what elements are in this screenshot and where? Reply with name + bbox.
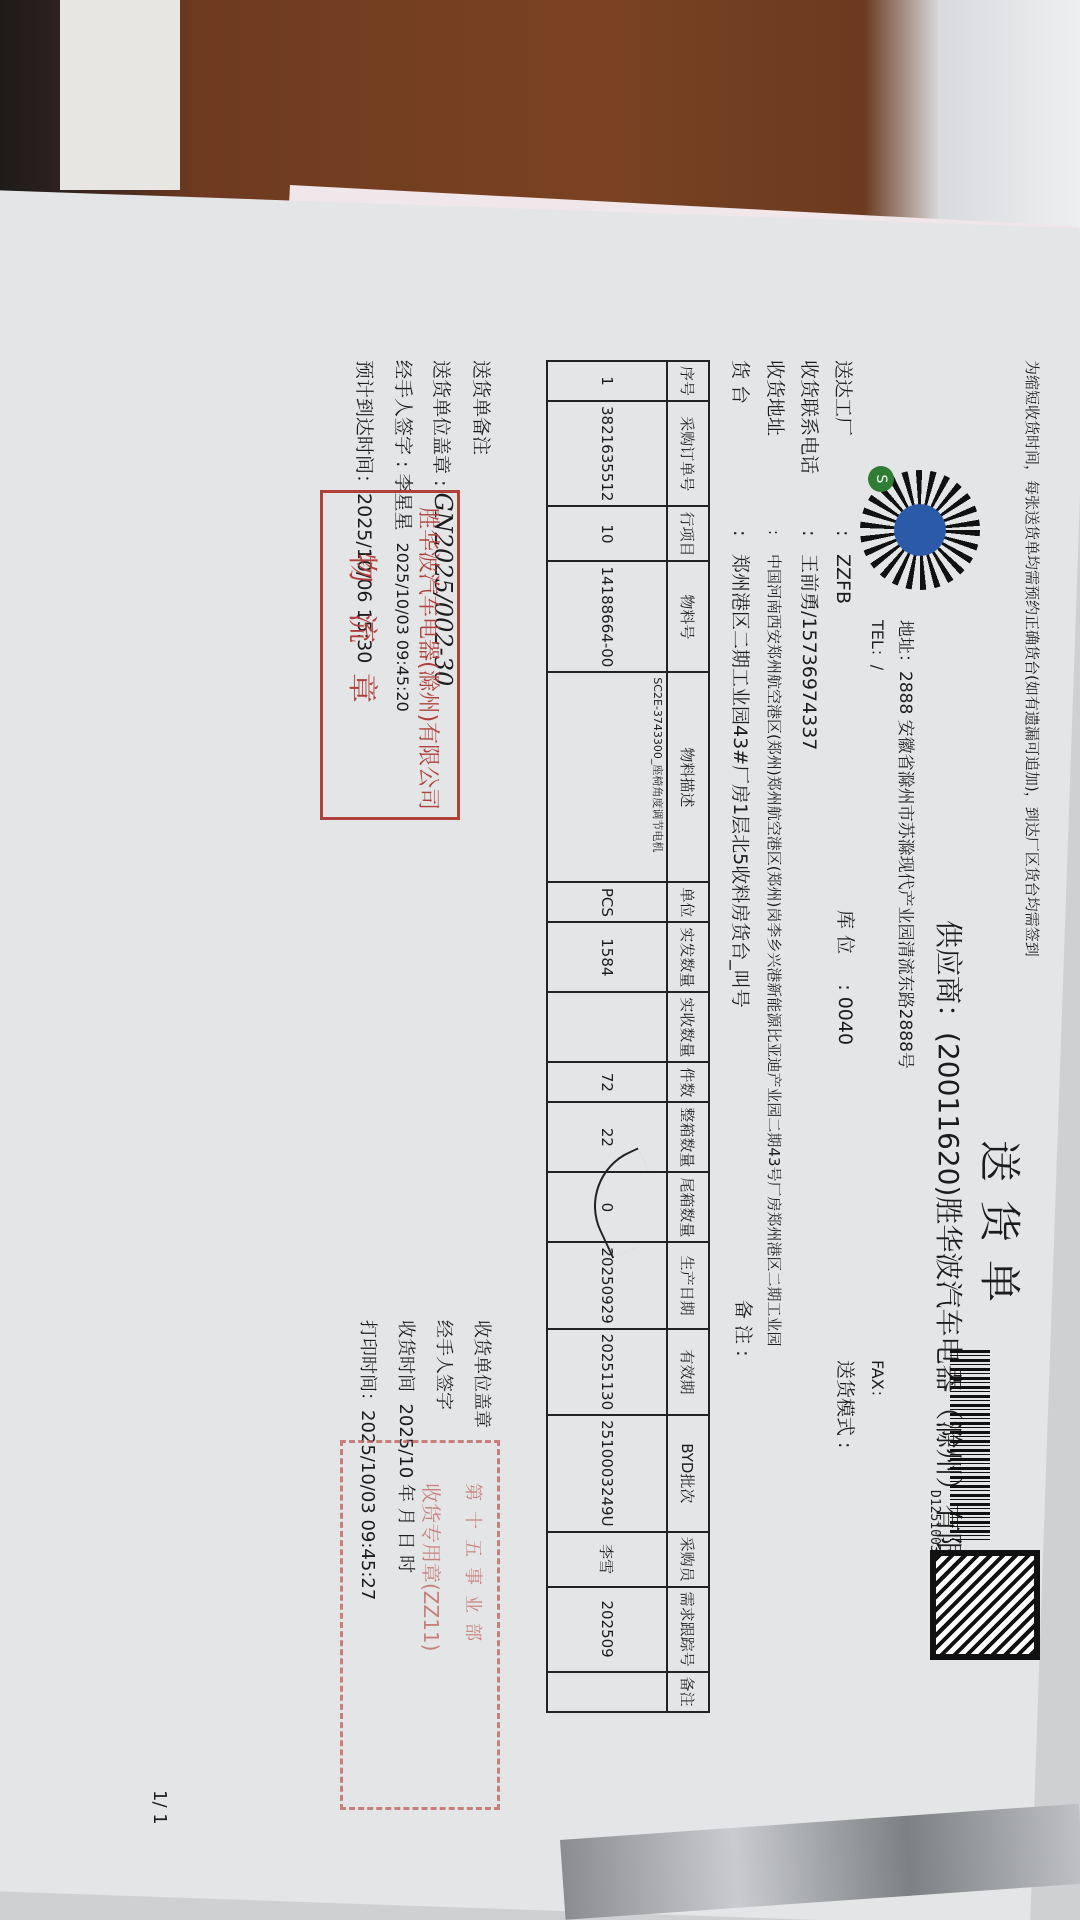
- supplier-tel: TEL：/: [867, 620, 890, 670]
- receiver-stamp: 第十五事业部 收货专用章(ZZ11): [340, 1440, 500, 1810]
- table-cell: 20251130: [547, 1329, 667, 1415]
- items-table: 序号采购订单号行项目物料号物料描述单位实发数量实收数量件数整箱数量尾箱数量生产日…: [546, 360, 710, 1713]
- table-cell: 20250929: [547, 1242, 667, 1328]
- column-header: 采购订单号: [667, 401, 709, 506]
- column-header: 尾箱数量: [667, 1172, 709, 1242]
- column-header: 件数: [667, 1062, 709, 1102]
- table-cell: 22: [547, 1102, 667, 1172]
- address-value: 中国河南西安郑州航空港区(郑州)郑州航空港区(郑州)岗李乡兴港新能源比亚迪产业园…: [765, 554, 783, 1347]
- table-cell: [547, 992, 667, 1062]
- column-header: 物料描述: [667, 672, 709, 882]
- column-header: 实发数量: [667, 922, 709, 992]
- dock-value: 郑州港区二期工业园43#厂房1层北5收料房货台_叫号: [729, 554, 751, 1008]
- column-header: 采购员: [667, 1532, 709, 1587]
- notice-text: 为缩短收货时间，每张送货单均需预约正确货台(如有遗漏可追加)，到达厂区货台均需签…: [1022, 360, 1042, 1180]
- page-number: 1/ 1: [149, 1790, 170, 1825]
- table-cell: 10: [547, 506, 667, 561]
- qr-code-icon: [930, 1550, 1040, 1660]
- sender-logistics-stamp: 胜华波汽车电器(滁州)有限公司 物流章: [320, 490, 460, 820]
- table-cell: 3821635512: [547, 401, 667, 506]
- document-title: 送货单: [972, 1140, 1032, 1320]
- wechat-badge-icon: S: [868, 466, 894, 492]
- column-header: 生产日期: [667, 1242, 709, 1328]
- table-cell: SC2E-3743300_座椅角度调节电机: [547, 672, 667, 882]
- table-cell: 1: [547, 361, 667, 401]
- table-cell: 72: [547, 1062, 667, 1102]
- background-card: [60, 0, 180, 190]
- column-header: 整箱数量: [667, 1102, 709, 1172]
- column-header: 备注: [667, 1672, 709, 1712]
- column-header: 序号: [667, 361, 709, 401]
- location-field: 库 位 : 0040: [833, 910, 860, 1045]
- column-header: 实收数量: [667, 992, 709, 1062]
- remark-field: 备 注 :: [731, 1300, 758, 1357]
- column-header: 行项目: [667, 506, 709, 561]
- table-cell: 1584: [547, 922, 667, 992]
- column-header: 需求跟踪号: [667, 1587, 709, 1672]
- column-header: 有效期: [667, 1329, 709, 1415]
- table-cell: 202509: [547, 1587, 667, 1672]
- table-cell: 14188664-00: [547, 561, 667, 672]
- barcode-icon: [950, 1350, 990, 1540]
- table-cell: 李雪: [547, 1532, 667, 1587]
- table-row: 138216355121014188664-00SC2E-3743300_座椅角…: [547, 361, 667, 1712]
- supplier-address: 地址：2888 安徽省滁州市苏滁现代产业园清流东路2888号: [895, 620, 920, 1069]
- contact-value: 王前勇/15736974337: [798, 554, 820, 750]
- column-header: 物料号: [667, 561, 709, 672]
- table-cell: [547, 1672, 667, 1712]
- delivery-mode-field: 送货模式 :: [833, 1360, 860, 1448]
- column-header: 单位: [667, 882, 709, 922]
- delivery-fields: 送达工厂:ZZFB 收货联系电话:王前勇/15736974337 收货地址:中国…: [723, 360, 860, 1347]
- supplier-fax: FAX：: [867, 1360, 890, 1406]
- mini-program-qr-icon[interactable]: S: [860, 470, 980, 590]
- factory-value: ZZFB: [832, 554, 854, 604]
- delivery-note: 为缩短收货时间，每张送货单均需预约正确货台(如有遗漏可追加)，到达厂区货台均需签…: [20, 320, 1060, 1880]
- table-cell: PCS: [547, 882, 667, 922]
- column-header: BYD批次: [667, 1415, 709, 1531]
- table-cell: 2510003249U: [547, 1415, 667, 1531]
